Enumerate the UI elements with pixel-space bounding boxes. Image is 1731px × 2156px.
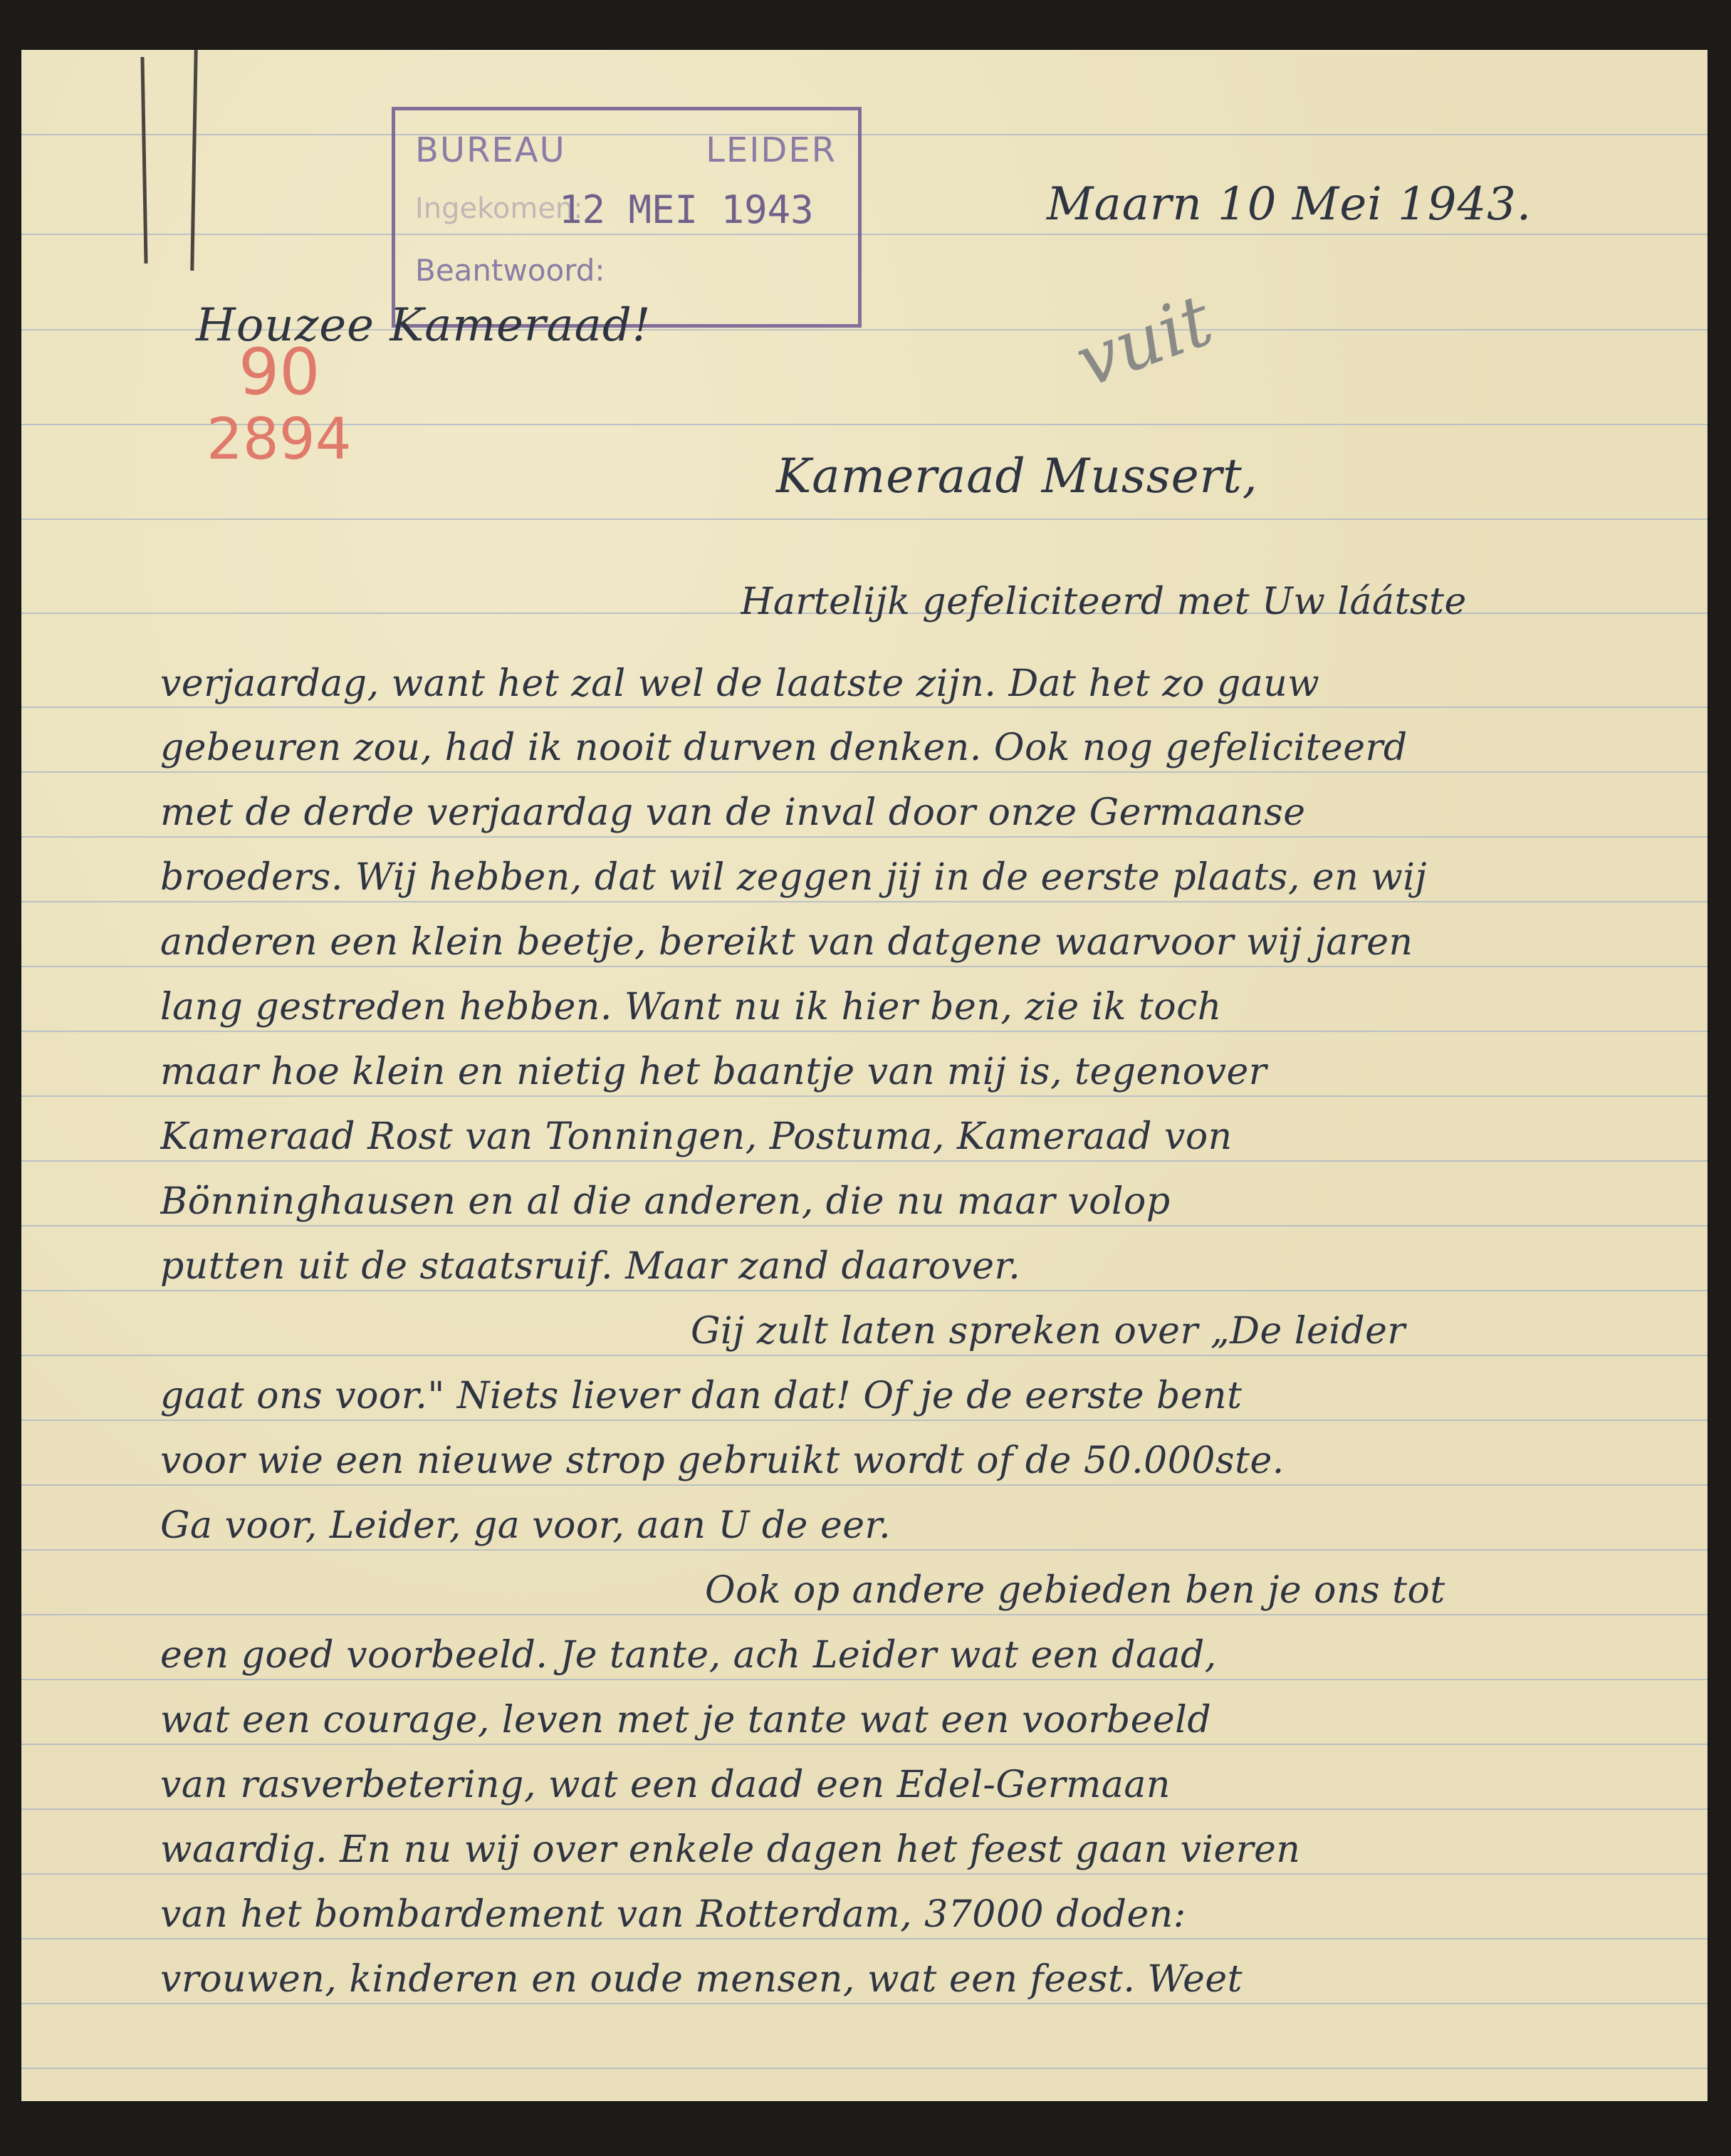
- ruled-line: [21, 1484, 1708, 1486]
- addressee: Kameraad Mussert,: [776, 449, 1258, 504]
- ruled-line: [21, 134, 1708, 135]
- body-line: maar hoe klein en nietig het baantje van…: [160, 1051, 1691, 1093]
- body-line: met de derde verjaardag van de inval doo…: [160, 791, 1691, 834]
- ruled-line: [21, 1808, 1708, 1810]
- ruled-line: [21, 1938, 1708, 1939]
- body-line: wat een courage, leven met je tante wat …: [160, 1699, 1691, 1741]
- ruled-line: [21, 966, 1708, 967]
- body-line: Ga voor, Leider, ga voor, aan U de eer.: [160, 1504, 1691, 1547]
- body-line: lang gestreden hebben. Want nu ik hier b…: [160, 986, 1691, 1028]
- body-line: anderen een klein beetje, bereikt van da…: [160, 921, 1691, 964]
- red-number-bottom: 2894: [206, 406, 352, 472]
- letter-sheet: BUREAU LEIDER Ingekomen: 12 MEI 1943 Bea…: [21, 50, 1708, 2101]
- body-line: verjaardag, want het zal wel de laatste …: [160, 662, 1691, 705]
- filing-mark: [190, 50, 197, 271]
- ruled-line: [21, 771, 1708, 773]
- body-line: van rasverbetering, wat een daad een Ede…: [160, 1764, 1691, 1806]
- ruled-line: [21, 1420, 1708, 1421]
- ruled-line: [21, 1614, 1708, 1615]
- body-line: voor wie een nieuwe strop gebruikt wordt…: [160, 1439, 1691, 1482]
- body-line: van het bombardement van Rotterdam, 3700…: [160, 1893, 1691, 1936]
- ruled-line: [21, 1225, 1708, 1227]
- body-line: Gij zult laten spreken over „De leider: [691, 1310, 1688, 1353]
- ruled-line: [21, 836, 1708, 838]
- red-number-top: 90: [239, 335, 320, 410]
- stamp-date: 12 MEI 1943: [559, 187, 814, 232]
- body-line: broeders. Wij hebben, dat wil zeggen jij…: [160, 856, 1691, 899]
- body-line: gebeuren zou, had ik nooit durven denken…: [160, 727, 1691, 769]
- received-stamp: BUREAU LEIDER Ingekomen: 12 MEI 1943 Bea…: [392, 107, 862, 328]
- pencil-note: vuit: [1065, 278, 1223, 404]
- ruled-line: [21, 1031, 1708, 1032]
- body-line: Ook op andere gebieden ben je ons tot: [705, 1569, 1688, 1612]
- ruled-line: [21, 1290, 1708, 1291]
- body-line: putten uit de staatsruif. Maar zand daar…: [160, 1245, 1691, 1288]
- ruled-line: [21, 519, 1708, 520]
- ruled-line: [21, 2003, 1708, 2004]
- ruled-line: [21, 1355, 1708, 1356]
- body-line: vrouwen, kinderen en oude mensen, wat ee…: [160, 1958, 1691, 2001]
- ruled-line: [21, 1744, 1708, 1745]
- ruled-line: [21, 2068, 1708, 2069]
- ruled-line: [21, 707, 1708, 708]
- place-date: Maarn 10 Mei 1943.: [1047, 178, 1532, 231]
- body-line: Bönninghausen en al die anderen, die nu …: [160, 1180, 1691, 1223]
- stamp-bureau: BUREAU: [415, 130, 566, 170]
- filing-mark: [140, 57, 147, 264]
- body-line: Hartelijk gefeliciteerd met Uw láátste: [741, 580, 1666, 623]
- stamp-leider: LEIDER: [706, 130, 837, 170]
- body-line: een goed voorbeeld. Je tante, ach Leider…: [160, 1634, 1691, 1677]
- body-line: waardig. En nu wij over enkele dagen het…: [160, 1828, 1691, 1871]
- ruled-line: [21, 1095, 1708, 1097]
- ruled-line: [21, 234, 1708, 235]
- stamp-received-label: Ingekomen:: [415, 192, 583, 225]
- ruled-line: [21, 901, 1708, 902]
- body-line: gaat ons voor." Niets liever dan dat! Of…: [160, 1375, 1691, 1417]
- ruled-line: [21, 1873, 1708, 1875]
- ruled-line: [21, 1549, 1708, 1551]
- ruled-line: [21, 1679, 1708, 1680]
- body-line: Kameraad Rost van Tonningen, Postuma, Ka…: [160, 1115, 1691, 1158]
- ruled-line: [21, 1160, 1708, 1162]
- stamp-answered-label: Beantwoord:: [415, 253, 605, 288]
